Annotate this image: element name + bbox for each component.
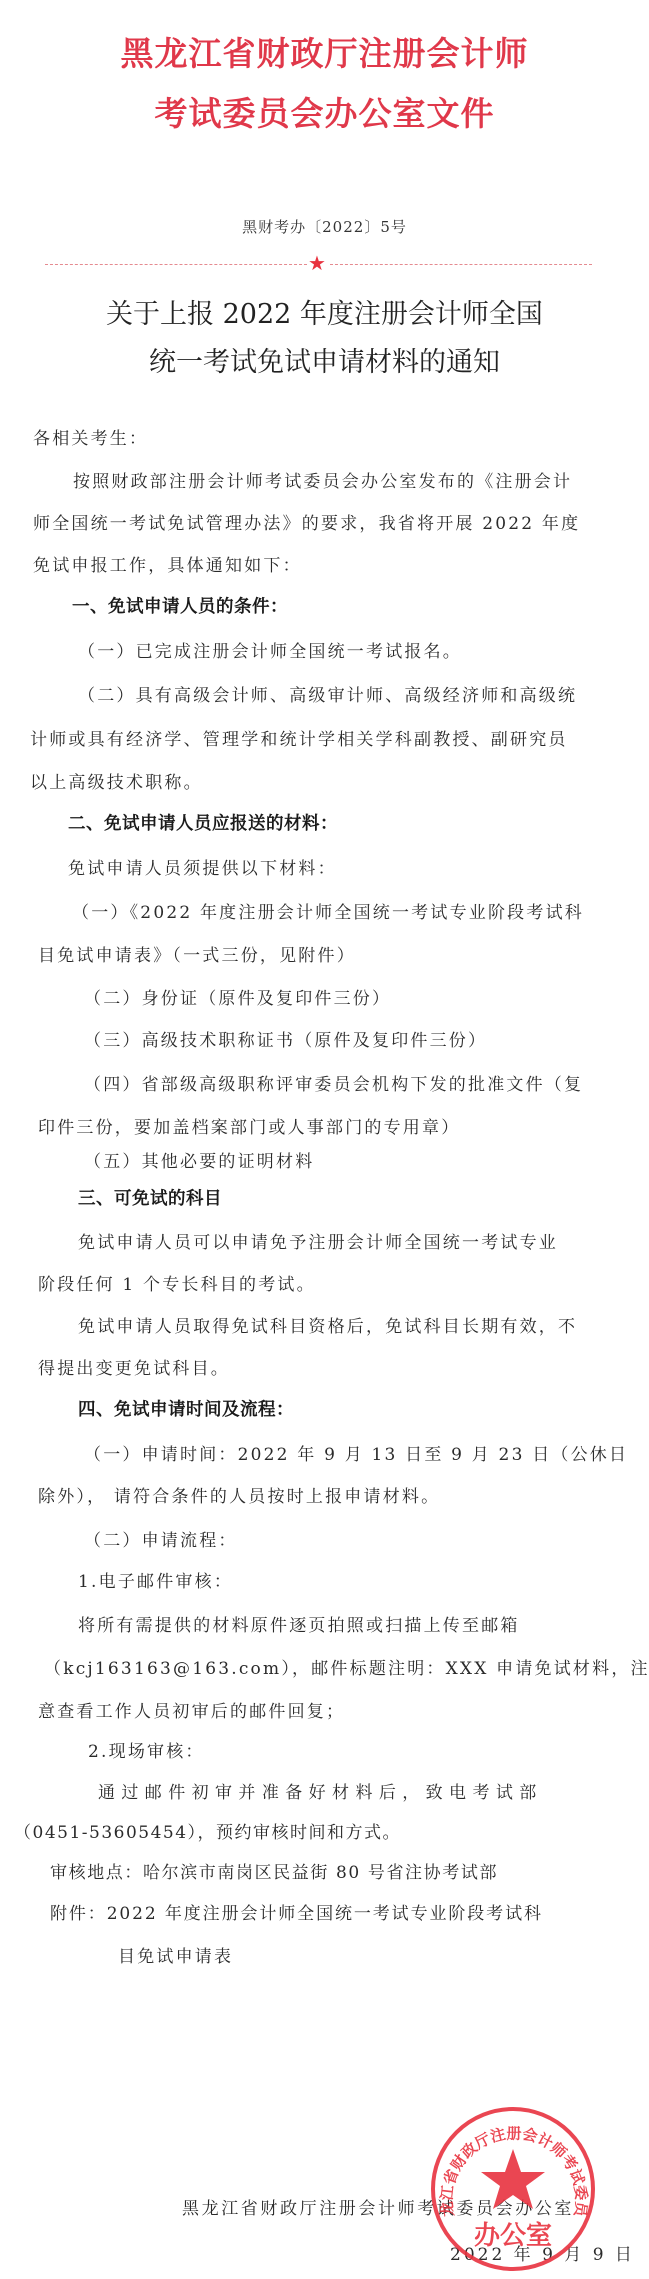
section-3-heading: 三、可免试的科目 [78, 1185, 222, 1210]
section-4-process-heading: （二）申请流程： [84, 1526, 238, 1551]
section-1-item-1: （一）已完成注册会计师全国统一考试报名。 [78, 637, 462, 662]
document-number: 黑财考办〔2022〕5号 [0, 216, 649, 237]
section-1-item-2-line-2: 计师或具有经济学、管理学和统计学相关学科副教授、副研究员 [30, 725, 568, 750]
section-1-item-2-line-1: （二）具有高级会计师、高级审计师、高级经济师和高级统 [78, 681, 577, 706]
attachment-line-2: 目免试申请表 [118, 1942, 233, 1967]
section-2-item-4-line-2: 印件三份，要加盖档案部门或人事部门的专用章） [38, 1113, 460, 1138]
step-1-text-line-1: 将所有需提供的材料原件逐页拍照或扫描上传至邮箱 [78, 1611, 520, 1636]
step-2-text-line-2: （0451-53605454），预约审核时间和方式。 [14, 1818, 401, 1843]
section-3-para-1-line-1: 免试申请人员可以申请免予注册会计师全国统一考试专业 [78, 1228, 558, 1253]
section-3-para-2-line-2: 得提出变更免试科目。 [38, 1354, 230, 1379]
step-1-text-line-2: （kcj163163@163.com），邮件标题注明：XXX 申请免试材料，注 [44, 1654, 649, 1679]
intro-line-1: 按照财政部注册会计师考试委员会办公室发布的《注册会计 [73, 467, 572, 492]
section-1-heading: 一、免试申请人员的条件： [72, 593, 288, 618]
section-4-heading: 四、免试申请时间及流程： [78, 1396, 294, 1421]
svg-text:办公室: 办公室 [474, 2221, 552, 2251]
header-line-1: 黑龙江省财政厅注册会计师 [0, 28, 649, 75]
intro-line-2: 师全国统一考试免试管理办法》的要求，我省将开展 2022 年度 [33, 509, 580, 534]
section-2-item-4-line-1: （四）省部级高级职称评审委员会机构下发的批准文件（复 [84, 1070, 583, 1095]
section-2-item-2: （二）身份证（原件及复印件三份） [84, 984, 391, 1009]
document-page: 黑龙江省财政厅注册会计师 考试委员会办公室文件 黑财考办〔2022〕5号 ★ 关… [0, 0, 649, 2279]
separator-line-left [45, 264, 307, 266]
notice-title-line-1: 关于上报 2022 年度注册会计师全国 [0, 292, 649, 331]
section-2-lead: 免试申请人员须提供以下材料： [68, 854, 337, 879]
separator-line-right [330, 264, 592, 266]
notice-title-line-2: 统一考试免试申请材料的通知 [0, 340, 649, 379]
intro-line-3: 免试申报工作，具体通知如下： [33, 551, 302, 576]
official-seal-icon: 黑龙江省财政厅注册会计师考试委员会 办公室 [428, 2104, 598, 2274]
section-2-item-5: （五）其他必要的证明材料 [84, 1147, 314, 1172]
star-icon: ★ [308, 253, 326, 273]
section-3-para-2-line-1: 免试申请人员取得免试科目资格后，免试科目长期有效，不 [78, 1312, 577, 1337]
section-4-time-line-2: 除外）， 请符合条件的人员按时上报申请材料。 [38, 1482, 440, 1507]
section-3-para-1-line-2: 阶段任何 1 个专长科目的考试。 [38, 1270, 316, 1295]
step-2-text-line-1: 通 过 邮 件 初 审 并 准 备 好 材 料 后 ， 致 电 考 试 部 [98, 1778, 537, 1803]
step-1-text-line-3: 意查看工作人员初审后的邮件回复； [38, 1697, 345, 1722]
step-1-heading: 1.电子邮件审核： [78, 1567, 233, 1592]
section-4-time-line-1: （一）申请时间：2022 年 9 月 13 日至 9 月 23 日（公休日 [84, 1440, 628, 1465]
section-2-item-1-line-1: （一）《2022 年度注册会计师全国统一考试专业阶段考试科 [72, 898, 584, 923]
step-2-heading: 2.现场审核： [88, 1737, 205, 1762]
section-1-item-2-line-3: 以上高级技术职称。 [30, 768, 203, 793]
review-location: 审核地点：哈尔滨市南岗区民益街 80 号省注协考试部 [50, 1858, 498, 1883]
section-2-item-1-line-2: 目免试申请表》（一式三份，见附件） [38, 941, 356, 966]
section-2-heading: 二、免试申请人员应报送的材料： [68, 810, 338, 835]
salutation: 各相关考生： [33, 424, 148, 449]
header-line-2: 考试委员会办公室文件 [0, 88, 649, 135]
section-2-item-3: （三）高级技术职称证书（原件及复印件三份） [84, 1026, 487, 1051]
attachment-line-1: 附件：2022 年度注册会计师全国统一考试专业阶段考试科 [50, 1899, 543, 1924]
